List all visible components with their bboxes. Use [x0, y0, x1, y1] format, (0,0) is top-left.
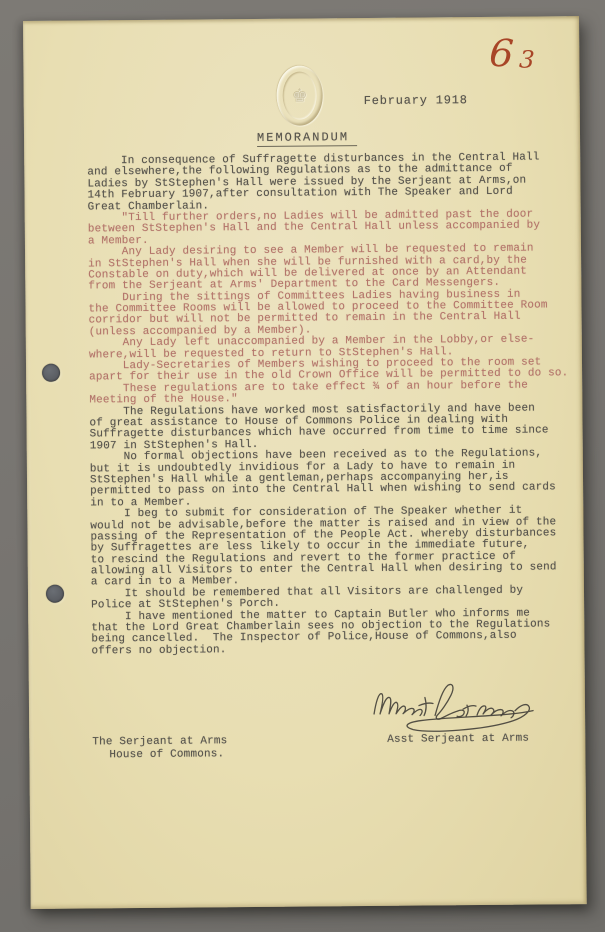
document-paper: 63 ♚ February 1918 MEMORANDUM In consequ… — [23, 16, 587, 909]
signature-autograph — [369, 674, 546, 740]
signer-role-text: Asst Serjeant at Arms — [387, 733, 529, 746]
embossed-seal-inner: ♚ — [282, 71, 316, 119]
punch-hole-top — [42, 364, 60, 382]
addressee-line-2: House of Commons. — [109, 748, 224, 761]
addressee-line-1: The Serjeant at Arms — [92, 735, 227, 748]
memo-title: MEMORANDUM — [257, 130, 357, 147]
memo-line: offers no objection. — [91, 642, 569, 658]
memo-body: In consequence of Suffragette disturbanc… — [87, 152, 569, 657]
folio-number: 63 — [488, 31, 561, 79]
embossed-seal: ♚ — [276, 65, 323, 125]
crown-emboss-icon: ♚ — [291, 85, 307, 106]
date-text: February 1918 — [364, 93, 468, 108]
punch-hole-bottom — [46, 585, 64, 603]
page-background: { "page": { "folio_number": "63", "date"… — [0, 0, 605, 932]
